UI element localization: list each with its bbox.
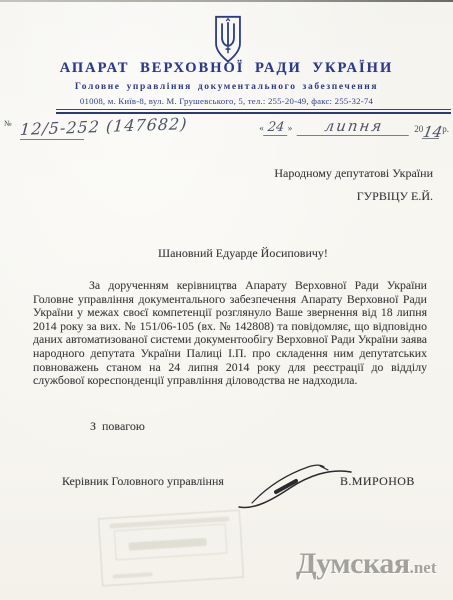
- number-underline: [20, 139, 84, 140]
- handwritten-number: 12/5-252 (147682): [19, 114, 188, 139]
- watermark-tld: .net: [410, 558, 437, 577]
- number-sign: №: [4, 119, 12, 128]
- outgoing-number: № 12/5-252 (147682): [4, 117, 187, 141]
- letter-body: За дорученням керівництва Апарату Верхов…: [33, 279, 427, 388]
- closing-phrase: З повагою: [90, 419, 145, 434]
- signer-name: В.МИРОНОВ: [340, 474, 415, 489]
- recipient-block: Народному депутатові України ГУРВІЦУ Е.Й…: [274, 162, 433, 208]
- recipient-line2: ГУРВІЦУ Е.Й.: [274, 185, 433, 208]
- watermark-brand: Думская: [296, 547, 410, 580]
- site-watermark: Думская.net: [296, 547, 436, 581]
- document-date: « 24 » липня 20 14 р.: [259, 117, 449, 136]
- handwritten-signature: [236, 458, 354, 510]
- org-subtitle: Головне управління документального забез…: [0, 82, 453, 92]
- close-quote: »: [288, 123, 293, 136]
- signer-title: Керівник Головного управління: [62, 474, 224, 489]
- handwritten-day: 24: [263, 120, 289, 136]
- scanned-letter-page: АПАРАТ ВЕРХОВНОЇ РАДИ УКРАЇНИ Головне уп…: [0, 0, 453, 600]
- salutation: Шановний Едуарде Йосиповичу!: [158, 246, 328, 261]
- org-address: 01008, м. Київ-8, вул. М. Грушевського, …: [0, 96, 453, 106]
- ukraine-trident-emblem: [210, 15, 246, 64]
- stamp-line: [113, 572, 153, 578]
- handwritten-month: липня: [297, 117, 412, 136]
- year-suffix: р.: [442, 124, 449, 136]
- scan-edge: [0, 0, 453, 2]
- faint-stamp: [98, 510, 244, 587]
- org-title: АПАРАТ ВЕРХОВНОЇ РАДИ УКРАЇНИ: [0, 60, 453, 77]
- header-divider-rule: [56, 109, 451, 114]
- handwritten-year: 14: [422, 126, 441, 139]
- recipient-line1: Народному депутатові України: [274, 162, 433, 185]
